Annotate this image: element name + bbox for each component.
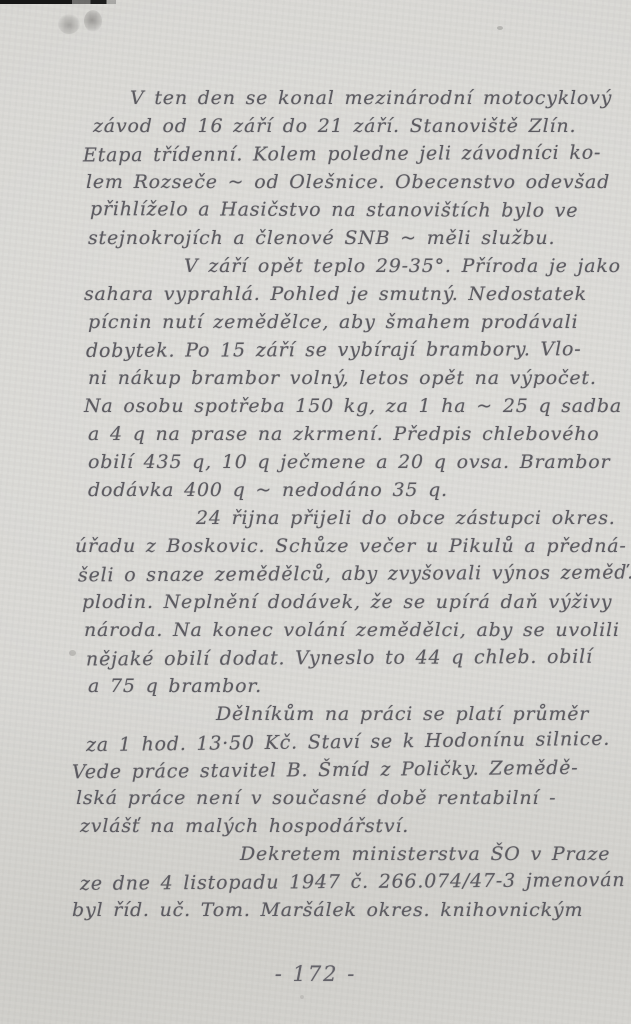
paper-fleck [300, 995, 304, 999]
manuscript-line: Dekretem ministerstva ŠO v Praze [240, 840, 608, 868]
manuscript-line: V září opět teplo 29-35°. Příroda je jak… [184, 252, 608, 280]
manuscript-line: úřadu z Boskovic. Schůze večer u Pikulů … [75, 532, 595, 560]
manuscript-line: 24 řijna přijeli do obce zástupci okres. [196, 504, 608, 532]
manuscript-line: lem Rozseče ~ od Olešnice. Obecenstvo od… [86, 168, 606, 196]
paper-fleck [69, 650, 76, 656]
manuscript-line: pícnin nutí zemědělce, aby šmahem prodáv… [88, 308, 608, 336]
ink-smudge [58, 14, 80, 34]
manuscript-line: stejnokrojích a členové SNB ~ měli služb… [88, 224, 608, 252]
manuscript-line: lská práce není v současné době rentabil… [76, 784, 596, 812]
manuscript-line: přihlíželo a Hasičstvo na stanovištích b… [90, 195, 610, 225]
manuscript-line: a 75 q brambor. [88, 672, 608, 700]
manuscript-line: plodin. Neplnění dodávek, že se upírá da… [82, 588, 602, 616]
manuscript-line: Dělníkům na práci se platí průměr [216, 700, 608, 728]
manuscript-line: ze dne 4 listopadu 1947 č. 266.074/47-3 … [80, 866, 600, 898]
manuscript-line: a 4 q na prase na zkrmení. Předpis chleb… [88, 420, 608, 448]
manuscript-line: dobytek. Po 15 září se vybírají brambory… [86, 335, 606, 365]
manuscript-text: V ten den se konal mezinárodní motocyklo… [88, 84, 608, 924]
manuscript-line: Na osobu spotřeba 150 kg, za 1 ha ~ 25 q… [84, 392, 604, 420]
manuscript-line: Vede práce stavitel B. Šmíd z Poličky. Z… [72, 754, 592, 787]
scan-edge-artifact [0, 0, 116, 4]
manuscript-line: obilí 435 q, 10 q ječmene a 20 q ovsa. B… [88, 448, 608, 476]
manuscript-line: ni nákup brambor volný, letos opět na vý… [88, 364, 608, 392]
manuscript-line: V ten den se konal mezinárodní motocyklo… [130, 84, 608, 112]
manuscript-line: byl říd. uč. Tom. Maršálek okres. knihov… [72, 896, 592, 924]
manuscript-line: dodávka 400 q ~ nedodáno 35 q. [88, 476, 608, 504]
ink-smudge [84, 10, 102, 32]
manuscript-line: zvlášť na malých hospodářství. [80, 812, 600, 840]
manuscript-line: nějaké obilí dodat. Vyneslo to 44 q chle… [86, 643, 606, 674]
manuscript-line: šeli o snaze zemědělců, aby zvyšovali vý… [78, 559, 598, 590]
manuscript-page: V ten den se konal mezinárodní motocyklo… [0, 0, 631, 1024]
manuscript-line: závod od 16 září do 21 září. Stanoviště … [93, 112, 613, 140]
manuscript-line: Etapa třídenní. Kolem poledne jeli závod… [83, 139, 603, 170]
manuscript-line: sahara vyprahlá. Pohled je smutný. Nedos… [84, 280, 604, 308]
manuscript-line: národa. Na konec volání zemědělci, aby s… [84, 616, 604, 644]
page-number: - 172 - [0, 962, 631, 986]
paper-fleck [497, 26, 503, 30]
